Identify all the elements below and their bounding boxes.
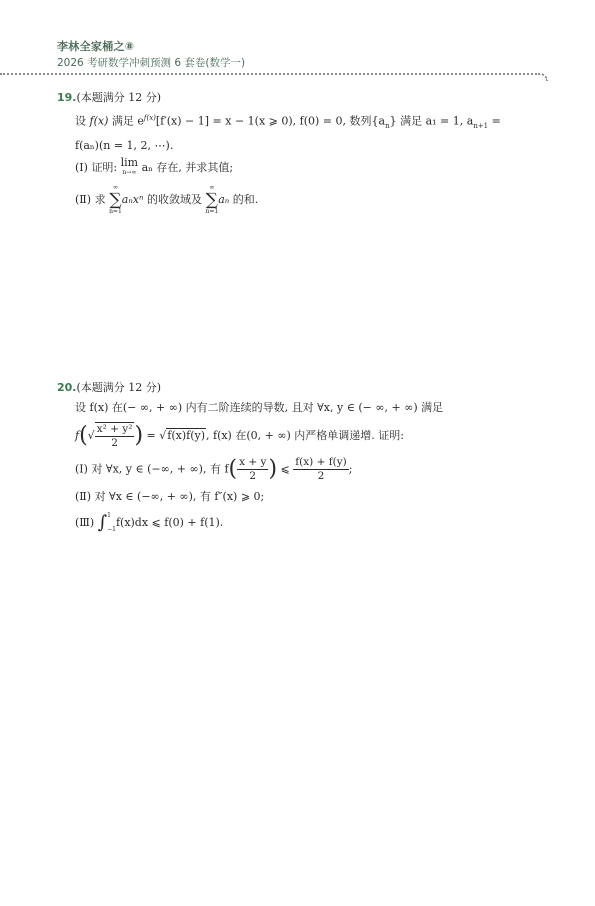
page-header: 李林全家桶之⑧ 2026 考研数学冲刺预测 6 套卷(数学一) [57,40,245,70]
problem-20-stem-line2: f(√x² + y²2) = √f(x)f(y), f(x) 在(0, + ∞)… [57,422,443,450]
limit-operator: limn→∞ [121,158,138,178]
header-divider-end [538,73,548,81]
part-label: (Ⅲ) [75,516,94,529]
problem-20-heading: 20.(本题满分 12 分) [57,378,443,398]
sigma-icon: ∞∑n=1 [109,184,122,216]
problem-20: 20.(本题满分 12 分) 设 f(x) 在(− ∞, + ∞) 内有二阶连续… [57,378,443,537]
problem-20-part-1: (Ⅰ) 对 ∀x, y ∈ (−∞, + ∞), 有 f(x + y2) ⩽ f… [57,456,443,483]
problem-19-stem-line2: f(aₙ)(n = 1, 2, ⋯). [57,136,501,156]
problem-19-part-2: (Ⅱ) 求 ∞∑n=1aₙxⁿ 的收敛域及 ∞∑n=1aₙ 的和. [57,184,501,216]
series-title: 李林全家桶之⑧ [57,40,245,54]
part-label: (Ⅱ) [75,193,91,206]
problem-points: (本题满分 12 分) [77,381,162,394]
problem-20-part-2: (Ⅱ) 对 ∀x ∈ (−∞, + ∞), 有 f″(x) ⩾ 0; [57,487,443,507]
problem-number: 19. [57,91,77,104]
fraction: x² + y²2 [95,422,135,450]
problem-19-part-1: (Ⅰ) 证明: limn→∞ aₙ 存在, 并求其值; [57,158,501,178]
header-divider [0,73,540,75]
fraction: x + y2 [237,456,268,483]
sigma-icon: ∞∑n=1 [205,184,218,216]
part-label: (Ⅱ) [75,490,91,503]
problem-20-part-3: (Ⅲ) ∫1−1f(x)dx ⩽ f(0) + f(1). [57,509,443,537]
fraction: f(x) + f(y)2 [293,456,349,483]
part-label: (Ⅰ) [75,463,88,476]
book-title: 2026 考研数学冲刺预测 6 套卷(数学一) [57,56,245,70]
integral-icon: ∫ [98,512,107,533]
problem-20-stem-line1: 设 f(x) 在(− ∞, + ∞) 内有二阶连续的导数, 且对 ∀x, y ∈… [57,398,443,418]
part-label: (Ⅰ) [75,161,88,174]
problem-19-stem-line1: 设 f(x) 满足 ef(x)[f′(x) − 1] = x − 1(x ⩾ 0… [57,108,501,136]
problem-19-heading: 19.(本题满分 12 分) [57,88,501,108]
problem-number: 20. [57,381,77,394]
problem-points: (本题满分 12 分) [77,91,162,104]
problem-19: 19.(本题满分 12 分) 设 f(x) 满足 ef(x)[f′(x) − 1… [57,88,501,216]
